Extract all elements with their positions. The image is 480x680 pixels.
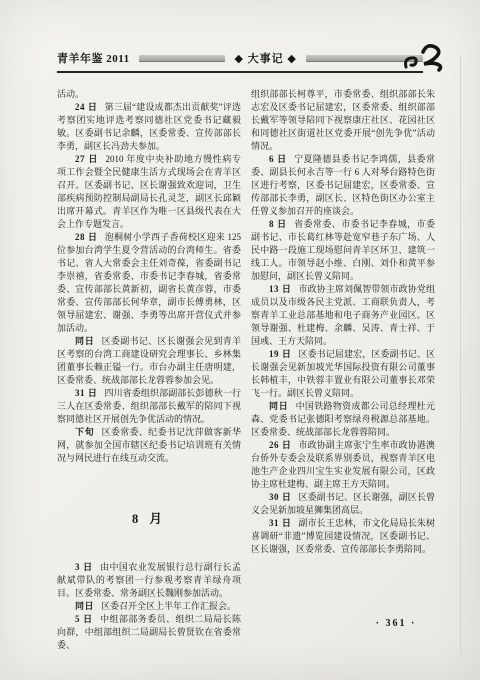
entry-date: 27 日	[75, 154, 98, 164]
entry-text: 2010 年度中央补助地方慢性病专项工作会暨全民健康生活方式现场会在青羊区召开。…	[57, 154, 241, 229]
chronicle-entry: 6 日宁夏隆德县委书记李鸿儒，县委常委、副县长何永吉等一行 6 人对琴台路特色街…	[251, 153, 435, 218]
calligraphic-flourish-icon	[399, 42, 443, 78]
right-column: 组织部部长柯尊平，市委常委、组织部部长朱志宏及区委书记屈建宏，区委常委、组织部部…	[251, 88, 435, 652]
chronicle-entry: 19 日区委书记屈建宏，区委副书记、区长谢强会见新加坡光华国际投资有限公司董事长…	[251, 348, 435, 400]
entry-text: 泡桐树小学西子香荷校区迎来 125 位参加台湾学生夏令营活动的台湾师生。省委书记…	[57, 232, 241, 333]
chronicle-entry: 8 日省委常委、市委书记李春城，市委副书记、市长葛红林等赴宽窄巷子东广场、人民中…	[251, 218, 435, 283]
entry-date: 30 日	[269, 492, 291, 502]
entry-date: 同日	[269, 401, 289, 411]
section-title: ◆ 大事记 ◆	[234, 50, 296, 66]
chronicle-entry: 组织部部长柯尊平，市委常委、组织部部长朱志宏及区委书记屈建宏，区委常委、组织部部…	[251, 88, 435, 153]
chronicle-entry: 3 日由中国农业发展银行总行副行长孟献斌带队的考察团一行参观考察青羊绿舟项目。区…	[57, 561, 241, 600]
entry-date: 28 日	[75, 232, 98, 242]
entry-date: 下旬	[75, 427, 95, 437]
chronicle-entry: 同日区委副书记、区长谢强会见到青羊区考察的台湾工商建设研究会理事长、乡林集团董事…	[57, 335, 241, 387]
chronicle-entry: 30 日区委副书记、区长谢强，副区长曾义会见新加坡星狮集团高层。	[251, 491, 435, 517]
chronicle-entry: 活动。	[57, 88, 241, 101]
month-section-header: 8 月	[57, 509, 241, 527]
entry-date: 24 日	[75, 102, 98, 112]
entry-text: 组织部部长柯尊平，市委常委、组织部部长朱志宏及区委书记屈建宏，区委常委、组织部部…	[251, 89, 435, 151]
entry-date: 19 日	[269, 349, 291, 359]
page-number: · 361 ·	[350, 618, 442, 629]
entry-date: 8 日	[269, 219, 287, 229]
chronicle-entry: 31 日四川省委组织部副部长彭德秋一行三人在区委常委、组织部部长戴军的陪同下视察…	[57, 387, 241, 426]
chronicle-entry: 28 日泡桐树小学西子香荷校区迎来 125 位参加台湾学生夏令营活动的台湾师生。…	[57, 231, 241, 335]
chronicle-entry: 26 日市政协副主席张宁生率市政协港澳台侨外专委会及联系界别委员，视察青羊区电池…	[251, 439, 435, 491]
entry-date: 5 日	[75, 614, 93, 624]
chronicle-entry: 31 日副市长王忠林，市文化局局长朱树喜调研“非遗”博览园建设情况，区委副书记、…	[251, 517, 435, 556]
header-divider-bar-left	[139, 55, 226, 62]
left-column: 活动。 24 日第三届“建设成都杰出贡献奖”评选考察团实地评选考察同德社区党委书…	[57, 88, 241, 652]
entry-date: 6 日	[269, 154, 287, 164]
chronicle-entry: 13 日市政协主席刘佩智带领市政协党组成员以及市级各民主党派、工商联负责人，考察…	[251, 283, 435, 348]
entry-text: 活动。	[57, 89, 84, 99]
chronicle-entry: 下旬区委常委、纪委书记沈萍做客新华网，就参加全国市辖区纪委书记培训班有关情况与网…	[57, 426, 241, 465]
entry-text: 区委召开全区上半年工作汇报会。	[101, 601, 236, 611]
chronicle-body: 活动。 24 日第三届“建设成都杰出贡献奖”评选考察团实地评选考察同德社区党委书…	[57, 88, 435, 652]
entry-date: 同日	[75, 336, 95, 346]
entry-date: 26 日	[269, 440, 291, 450]
entry-date: 3 日	[75, 562, 93, 572]
entry-date: 同日	[75, 601, 94, 611]
entry-date: 31 日	[269, 518, 291, 528]
yearbook-title: 青羊年鉴 2011	[57, 50, 130, 66]
page-header: 青羊年鉴 2011 ◆ 大事记 ◆	[57, 50, 423, 73]
scan-edge-artifact	[460, 55, 461, 655]
entry-date: 31 日	[75, 388, 97, 398]
entry-date: 13 日	[269, 284, 291, 294]
chronicle-entry: 同日区委召开全区上半年工作汇报会。	[57, 600, 241, 613]
chronicle-entry: 同日中国铁路物资成都公司总经理杜元森、党委书记张德阳考察绿舟税源总部基地。区委常…	[251, 400, 435, 439]
chronicle-entry: 5 日中组部部务委员、组织二局局长陈向群，中组部组织二局副局长曾贤钦在省委常委、	[57, 613, 241, 652]
scanned-yearbook-page: 青羊年鉴 2011 ◆ 大事记 ◆ 活动。 24 日第三届“建设成都杰出贡献奖”…	[0, 0, 480, 680]
chronicle-entry: 27 日2010 年度中央补助地方慢性病专项工作会暨全民健康生活方式现场会在青羊…	[57, 153, 241, 231]
chronicle-entry: 24 日第三届“建设成都杰出贡献奖”评选考察团实地评选考察同德社区党委书记藏毅敏…	[57, 101, 241, 153]
